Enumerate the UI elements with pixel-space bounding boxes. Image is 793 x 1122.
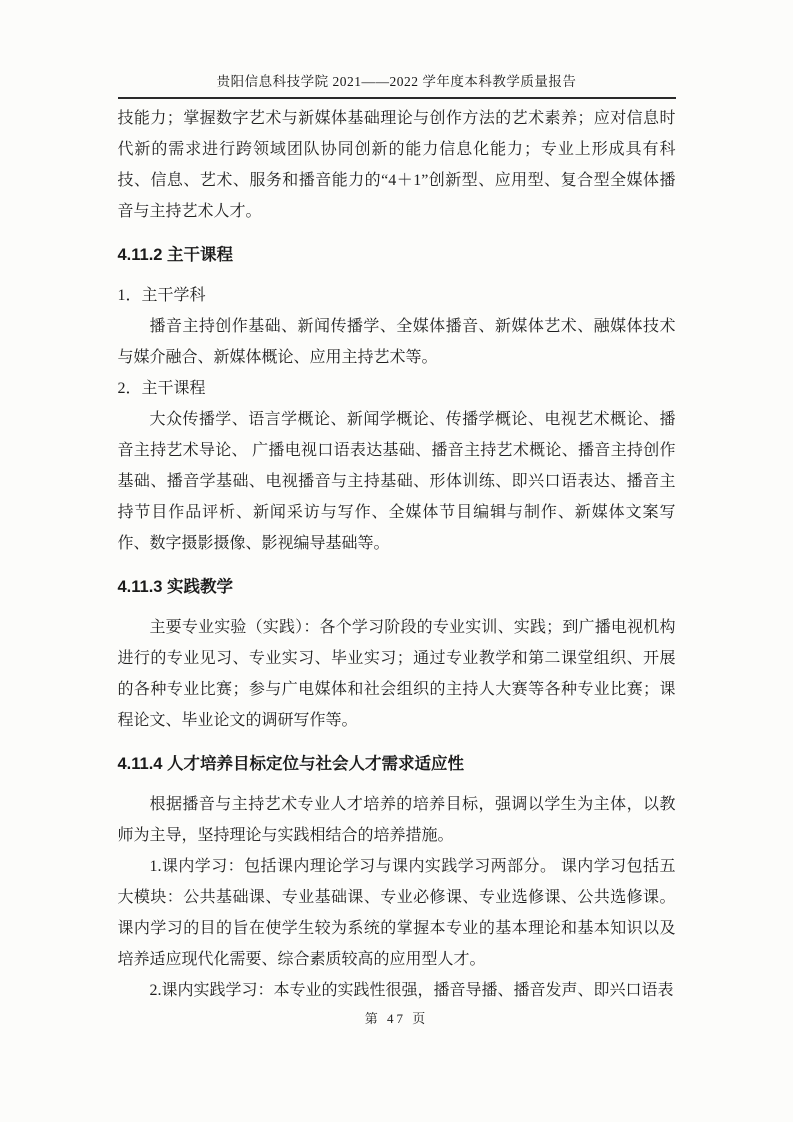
in-class-practice-paragraph: 2.课内实践学习：本专业的实践性很强，播音导播、播音发声、即兴口语表 xyxy=(118,975,676,1006)
training-target-paragraph: 根据播音与主持艺术专业人才培养的培养目标，强调以学生为主体，以教师为主导，坚持理… xyxy=(118,789,676,851)
section-heading-4-11-3: 4.11.3 实践教学 xyxy=(118,572,676,603)
practical-teaching-paragraph: 主要专业实验（实践）：各个学习阶段的专业实训、实践；到广播电视机构进行的专业见习… xyxy=(118,612,676,736)
section-heading-4-11-4: 4.11.4 人才培养目标定位与社会人才需求适应性 xyxy=(118,749,676,780)
continuation-paragraph: 技能力；掌握数字艺术与新媒体基础理论与创作方法的艺术素养；应对信息时代新的需求进… xyxy=(118,103,676,227)
list-item-label-main-discipline: 1．主干学科 xyxy=(118,280,676,311)
report-title: 贵阳信息科技学院 2021——2022 学年度本科教学质量报告 xyxy=(118,70,676,97)
main-courses-paragraph: 大众传播学、语言学概论、新闻学概论、传播学概论、电视艺术概论、播音主持艺术导论、… xyxy=(118,404,676,559)
section-heading-4-11-2: 4.11.2 主干课程 xyxy=(118,240,676,271)
list-item-label-main-courses: 2．主干课程 xyxy=(118,373,676,404)
page-footer: 第 47 页 xyxy=(0,1008,793,1027)
document-body: 技能力；掌握数字艺术与新媒体基础理论与创作方法的艺术素养；应对信息时代新的需求进… xyxy=(118,99,676,1006)
document-page: 贵阳信息科技学院 2021——2022 学年度本科教学质量报告 技能力；掌握数字… xyxy=(0,0,793,1122)
in-class-learning-paragraph: 1.课内学习：包括课内理论学习与课内实践学习两部分。 课内学习包括五大模块：公共… xyxy=(118,851,676,975)
page-header: 贵阳信息科技学院 2021——2022 学年度本科教学质量报告 xyxy=(118,0,676,99)
page-number: 第 47 页 xyxy=(365,1011,429,1026)
main-discipline-paragraph: 播音主持创作基础、新闻传播学、全媒体播音、新媒体艺术、融媒体技术与媒介融合、新媒… xyxy=(118,311,676,373)
